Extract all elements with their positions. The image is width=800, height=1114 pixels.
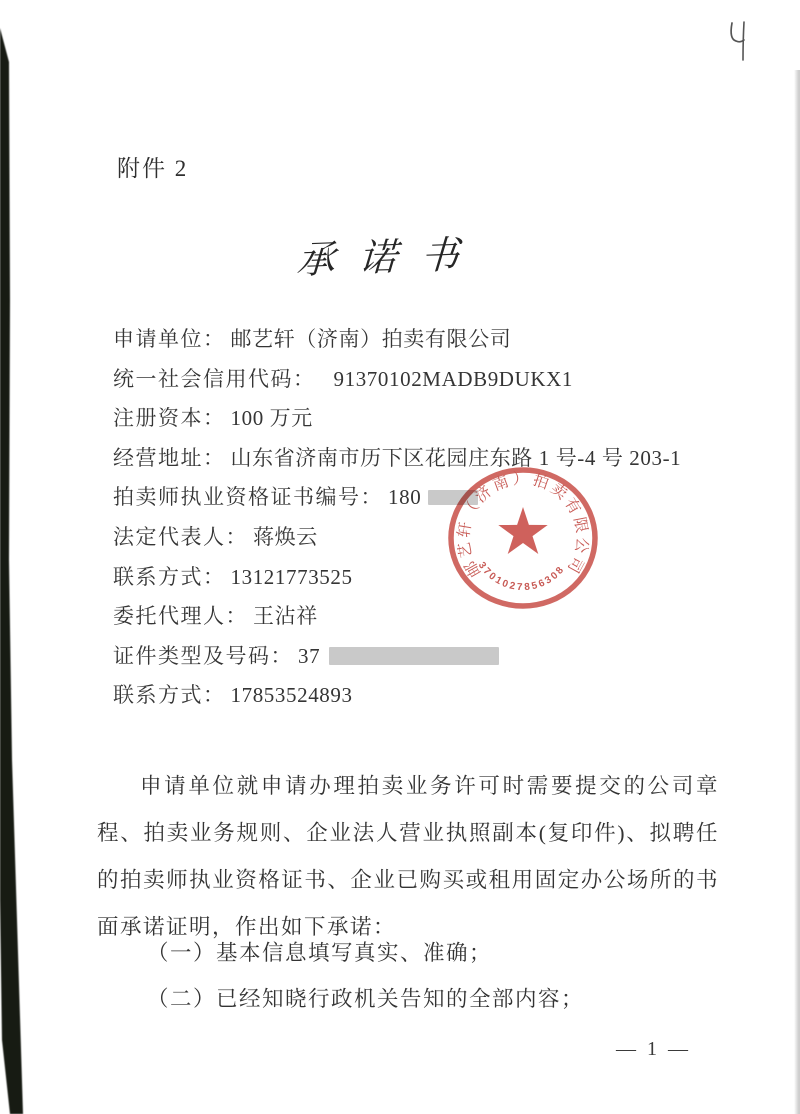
field-label: 经营地址： [113, 446, 226, 470]
info-row: 联系方式：13121773525 [113, 558, 733, 598]
field-value: 180 [388, 485, 421, 509]
scan-shadow-right-edge [794, 70, 800, 1114]
info-row: 申请单位：邮艺轩（济南）拍卖有限公司 [113, 320, 733, 360]
commitment-paragraph: 申请单位就申请办理拍卖业务许可时需要提交的公司章 程、拍卖业务规则、企业法人营业… [97, 763, 719, 951]
scanned-document-page: 附件 2 承诺书 申请单位：邮艺轩（济南）拍卖有限公司 统一社会信用代码：913… [0, 0, 800, 1114]
field-value: 13121773525 [231, 565, 353, 589]
redaction-box [329, 647, 499, 665]
field-label: 注册资本： [113, 406, 226, 430]
paragraph-line: 程、拍卖业务规则、企业法人营业执照副本(复印件)、拟聘任 [97, 810, 719, 857]
field-label: 法定代表人： [113, 525, 248, 549]
info-row: 证件类型及号码：37 [113, 637, 733, 677]
info-row: 拍卖师执业资格证书编号：180 [113, 478, 733, 518]
field-value: 17853524893 [231, 683, 353, 707]
field-value: 邮艺轩（济南）拍卖有限公司 [231, 327, 512, 351]
paragraph-line: 申请单位就申请办理拍卖业务许可时需要提交的公司章 [97, 763, 719, 810]
commitment-items: （一）基本信息填写真实、准确； （二）已经知晓行政机关告知的全部内容； [147, 930, 707, 1022]
page-number: — 1 — [616, 1038, 691, 1061]
company-seal: 邮艺轩（济南）拍卖有限公司 3701027856308 [444, 463, 602, 613]
field-label: 证件类型及号码： [113, 644, 293, 668]
document-title: 承诺书 [0, 212, 791, 295]
field-label: 统一社会信用代码： [113, 367, 316, 391]
paragraph-line: 的拍卖师执业资格证书、企业已购买或租用固定办公场所的书 [97, 857, 719, 904]
handwritten-4-mark [728, 20, 754, 64]
info-row: 注册资本：100 万元 [113, 399, 733, 439]
applicant-info-list: 申请单位：邮艺轩（济南）拍卖有限公司 统一社会信用代码：91370102MADB… [113, 320, 733, 716]
info-row: 联系方式：17853524893 [113, 676, 733, 716]
info-row: 委托代理人：王沾祥 [113, 597, 733, 637]
seal-number: 3701027856308 [476, 560, 568, 593]
field-label: 拍卖师执业资格证书编号： [113, 485, 383, 509]
field-label: 委托代理人： [113, 604, 248, 628]
field-label: 联系方式： [113, 565, 226, 589]
field-value: 91370102MADB9DUKX1 [334, 367, 573, 391]
seal-star-icon [498, 507, 547, 554]
field-label: 申请单位： [113, 327, 226, 351]
scan-shadow-left-band [0, 0, 40, 1114]
info-row: 统一社会信用代码：91370102MADB9DUKX1 [113, 360, 733, 400]
commitment-item: （一）基本信息填写真实、准确； [147, 930, 707, 976]
field-value: 蒋焕云 [253, 525, 318, 549]
commitment-item: （二）已经知晓行政机关告知的全部内容； [147, 976, 707, 1022]
field-value: 37 [298, 644, 320, 668]
field-label: 联系方式： [113, 683, 226, 707]
attachment-label: 附件 2 [117, 150, 188, 183]
info-row: 法定代表人：蒋焕云 [113, 518, 733, 558]
field-value: 王沾祥 [253, 604, 318, 628]
field-value: 100 万元 [231, 406, 313, 430]
info-row: 经营地址：山东省济南市历下区花园庄东路 1 号-4 号 203-1 [113, 439, 733, 479]
